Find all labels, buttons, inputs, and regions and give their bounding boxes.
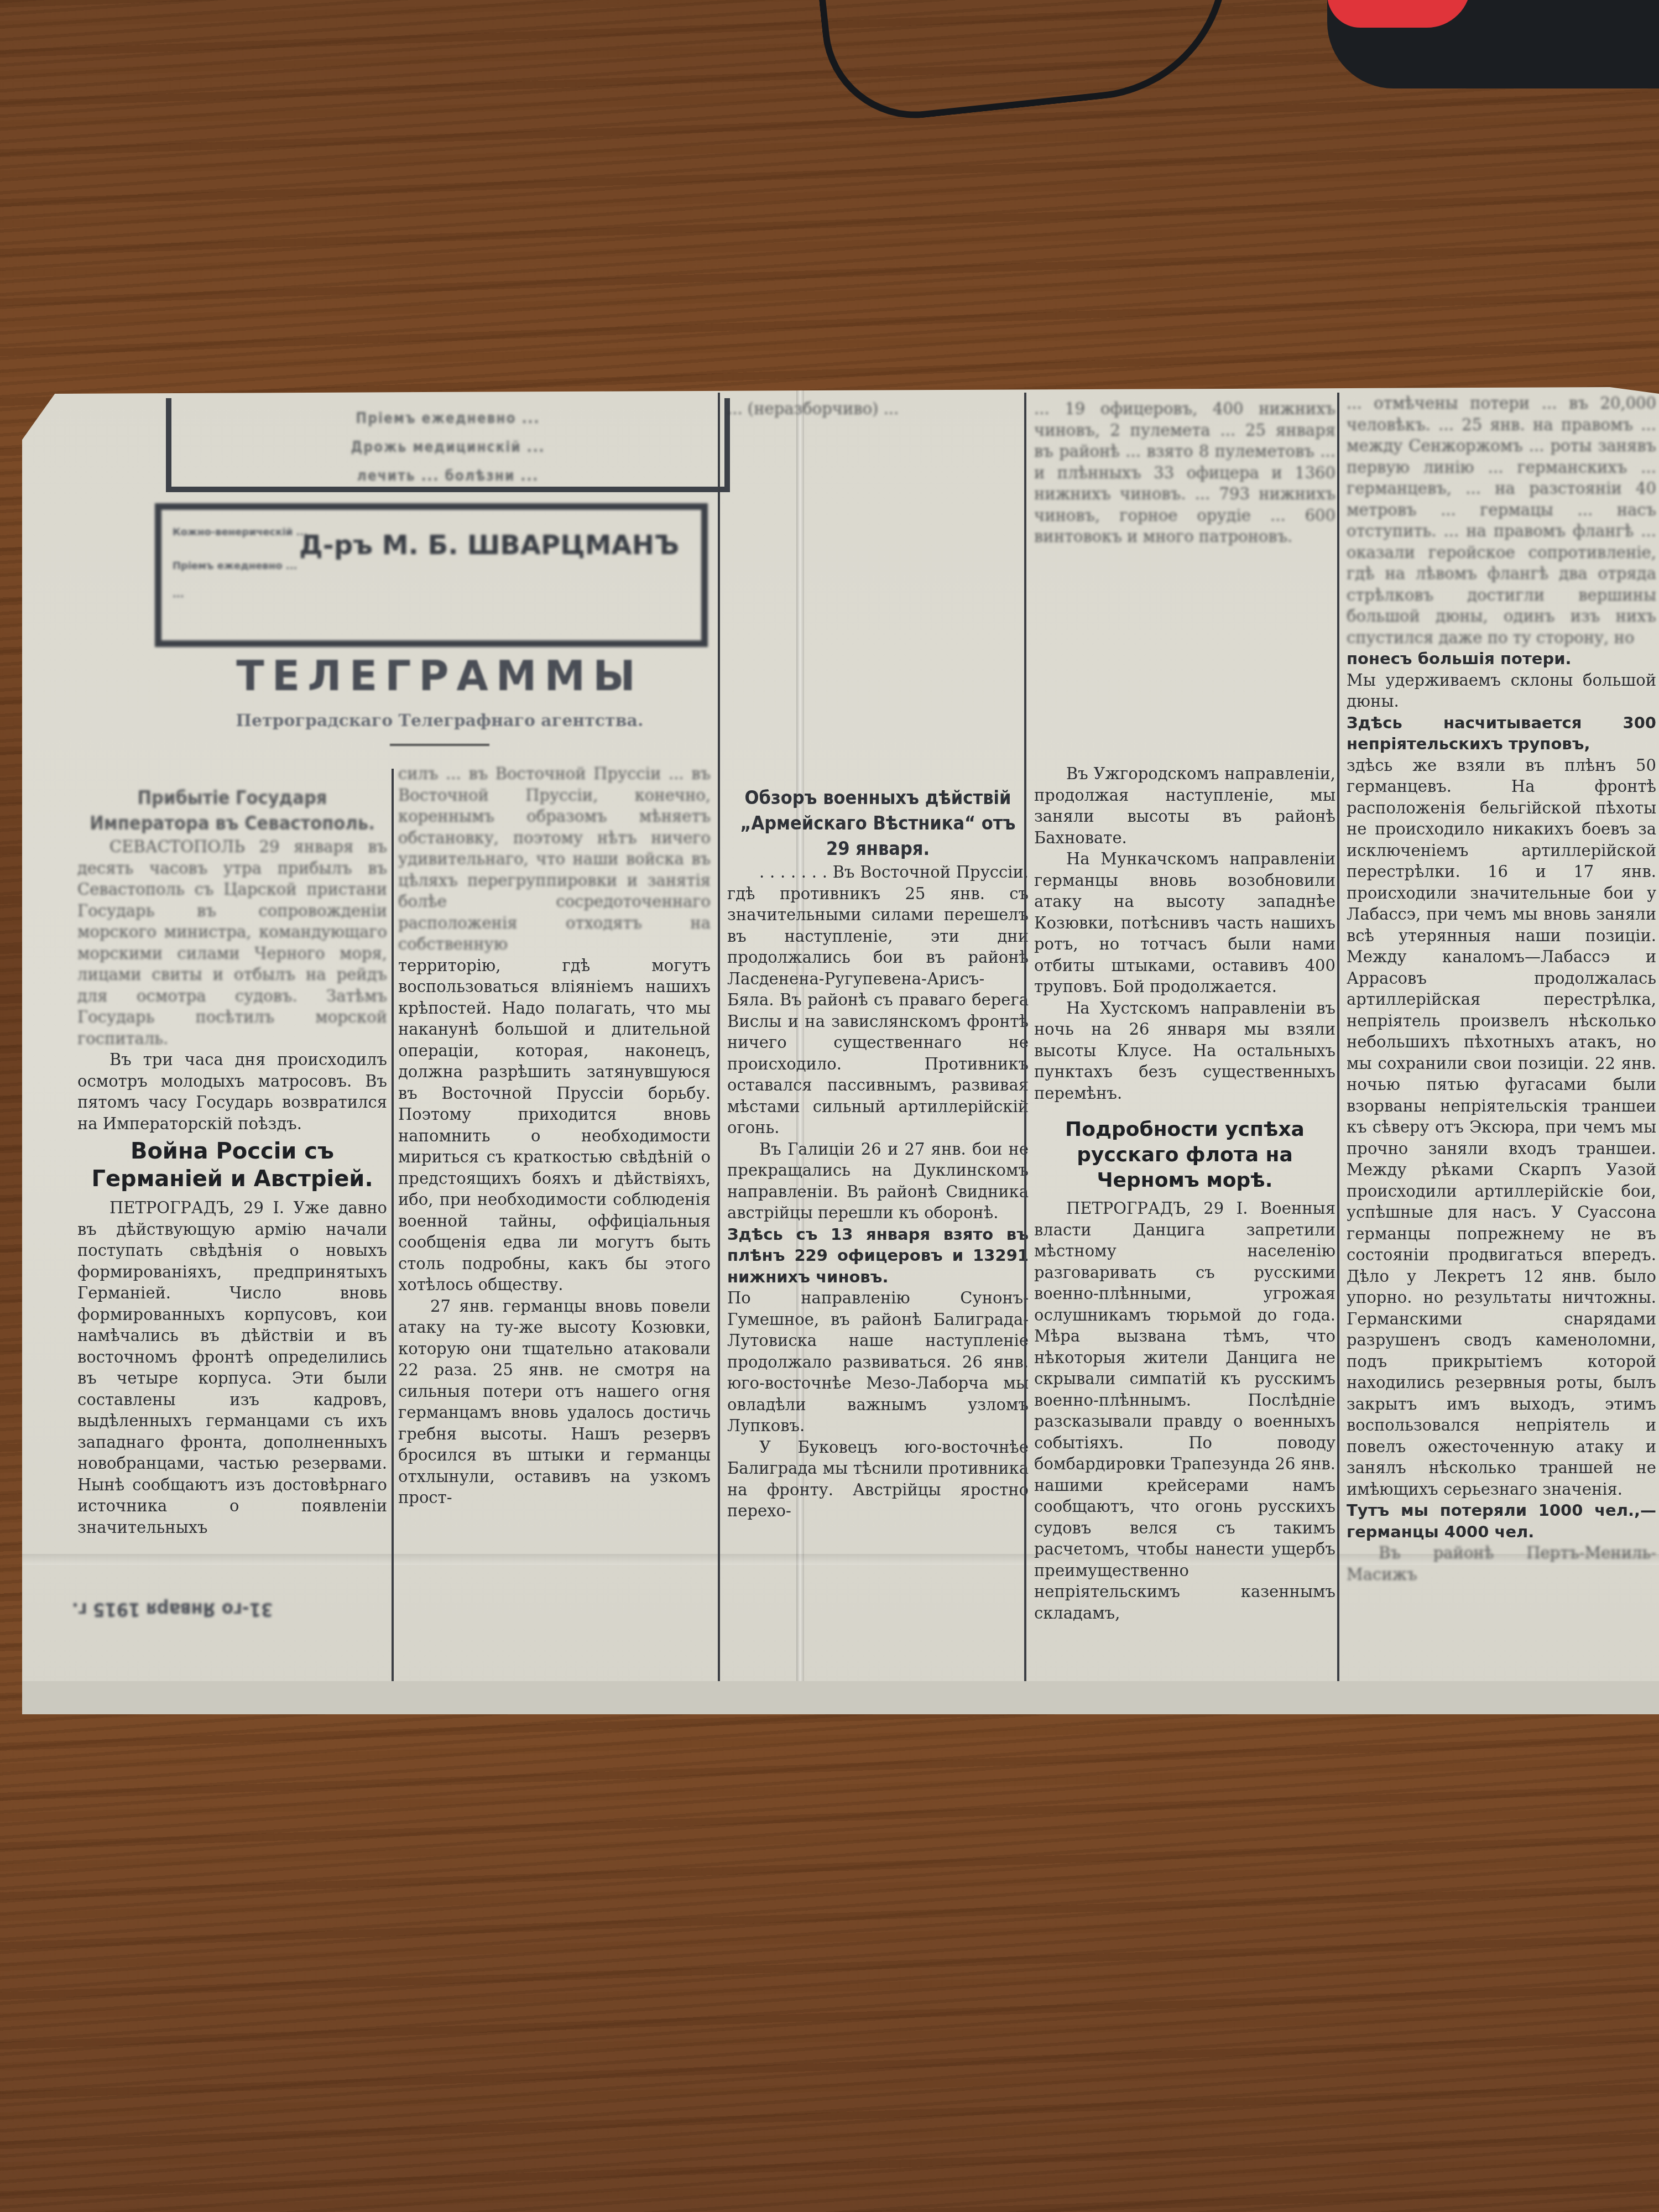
column-rule: [1337, 393, 1339, 1869]
ad-line: Пріемъ ежедневно ...: [173, 560, 690, 572]
article-paragraph: территорію, гдѣ могутъ воспользоваться в…: [398, 955, 711, 1296]
article-paragraph: Въ Галиціи 26 и 27 янв. бои не прекращал…: [727, 1139, 1029, 1224]
article-paragraph: Въ Ужгородскомъ направленіи, продолжая н…: [1034, 763, 1335, 848]
section-subtitle: Петроградскаго Телеграфнаго агентства.: [160, 711, 719, 731]
section-masthead: ТЕЛЕГРАММЫ Петроградскаго Телеграфнаго а…: [160, 653, 719, 746]
upside-down-date: 31-го Января 1915 г.: [72, 1598, 273, 1620]
ad-line: лечить ... болѣзни ...: [171, 468, 724, 484]
article-paragraph-blurred: силъ ... въ Восточной Пруссіи ... въ Вос…: [398, 763, 711, 955]
black-cable: [818, 0, 1241, 127]
column-4: ... 19 офицеровъ, 400 нижнихъ чиновъ, 2 …: [1034, 387, 1335, 1624]
article-heading-review: Обзоръ военныхъ дѣйствій „Армейскаго Вѣс…: [727, 785, 1029, 862]
bold-casualty-note: Здѣсь съ 13 января взято въ плѣнъ 229 оф…: [727, 1225, 1029, 1286]
article-paragraph: здѣсь же взяли въ плѣнъ 50 германцевъ. Н…: [1347, 755, 1656, 1500]
ad-line: ...: [173, 588, 690, 600]
bold-losses-comparison: Тутъ мы потеряли 1000 чел.,—германцы 400…: [1347, 1501, 1656, 1541]
newspaper-page: Пріемъ ежедневно ... Дрожь медицинскій .…: [22, 387, 1659, 1703]
top-advertisement: Пріемъ ежедневно ... Дрожь медицинскій .…: [166, 398, 730, 492]
article-paragraph: Мы удерживаемъ склоны большой дюны.: [1347, 670, 1656, 712]
article-paragraph: ПЕТРОГРАДЪ, 29 І. Военныя власти Данцига…: [1034, 1198, 1335, 1624]
column-rule: [1024, 393, 1026, 1869]
article-paragraph: На Хустскомъ направленіи въ ночь на 26 я…: [1034, 998, 1335, 1104]
column-5: ... отмѣчены потери ... въ 20,000 человѣ…: [1347, 387, 1656, 1585]
article-paragraph: ПЕТРОГРАДЪ, 29 І. Уже давно въ дѣйствующ…: [77, 1197, 387, 1538]
column-3: ... (неразборчиво) ... Обзоръ военныхъ д…: [727, 387, 1029, 1522]
article-paragraph: Въ три часа дня происходилъ осмотръ моло…: [77, 1049, 387, 1134]
blurred-text-block: ... 19 офицеровъ, 400 нижнихъ чиновъ, 2 …: [1034, 387, 1335, 763]
article-paragraph: СЕВАСТОПОЛЬ 29 января въ десять часовъ у…: [77, 836, 387, 1049]
bold-loss-note: понесъ большія потери.: [1347, 649, 1571, 668]
ad-line: Пріемъ ежедневно ...: [171, 410, 724, 427]
column-2: силъ ... въ Восточной Пруссіи ... въ Вос…: [398, 763, 711, 1509]
article-paragraph: На Мункачскомъ направленіи германцы внов…: [1034, 848, 1335, 998]
column-1: Прибытіе Государя Императора въ Севастоп…: [77, 785, 387, 1538]
article-heading-arrival: Прибытіе Государя Императора въ Севастоп…: [77, 785, 387, 836]
article-paragraph-blurred: ... отмѣчены потери ... въ 20,000 человѣ…: [1347, 387, 1656, 648]
article-paragraph: По направленію Сунонъ-Гумешное, въ район…: [727, 1287, 1029, 1437]
column-rule: [718, 393, 720, 1869]
paper-bottom-edge: [22, 1681, 1659, 1714]
doctor-advertisement: Кожно-венерическій ... Д-ръ М. Б. ШВАРЦМ…: [155, 503, 708, 647]
bold-corpse-count: Здѣсь насчитывается 300 непріятельскихъ …: [1347, 713, 1656, 754]
article-paragraph: 27 янв. германцы вновь повели атаку на т…: [398, 1296, 711, 1509]
article-paragraph: У Буковецъ юго-восточнѣе Балиграда мы тѣ…: [727, 1437, 1029, 1522]
article-heading-fleet: Подробности успѣха русскаго флота на Чер…: [1034, 1117, 1335, 1193]
ad-line: Дрожь медицинскій ...: [171, 439, 724, 456]
article-heading-war: Война Россіи съ Германіей и Австріей.: [77, 1138, 387, 1193]
section-title: ТЕЛЕГРАММЫ: [160, 653, 719, 700]
blurred-text-block: ... (неразборчиво) ...: [727, 387, 1029, 785]
article-paragraph: . . . . . . . Въ Восточной Пруссіи, гдѣ …: [727, 862, 1029, 1139]
article-paragraph: Въ районѣ Пертъ-Мениль-Масижъ: [1347, 1542, 1656, 1585]
divider: [390, 744, 489, 746]
ad-doctor-name: Д-ръ М. Б. ШВАРЦМАНЪ: [299, 530, 679, 561]
